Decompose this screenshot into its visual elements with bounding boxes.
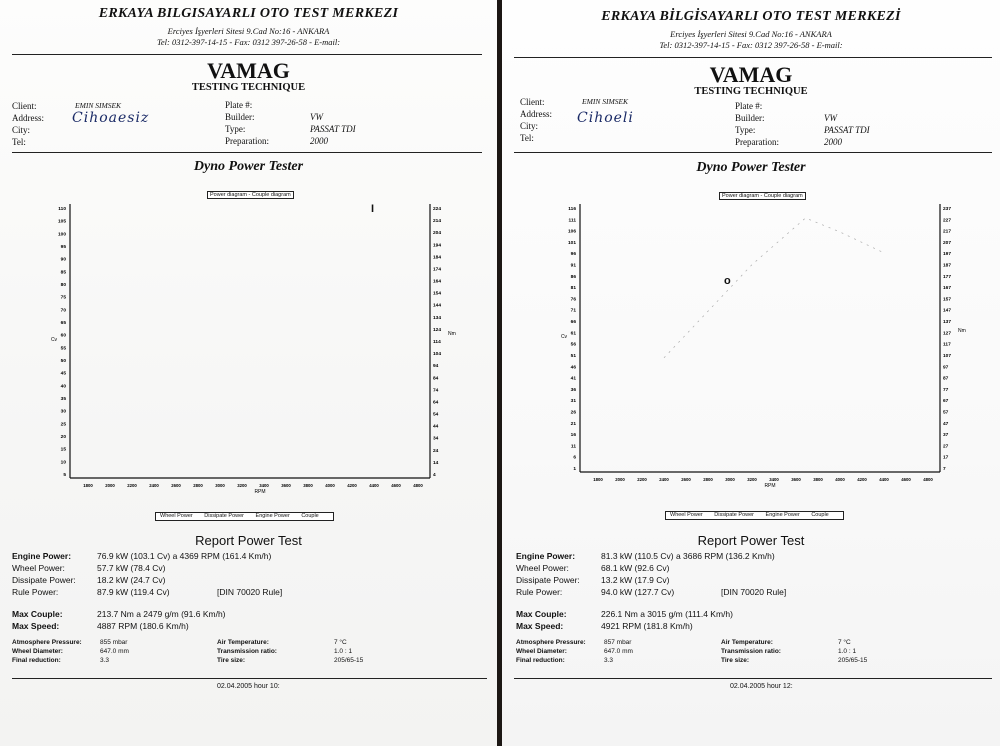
report-label: Dissipate Power: (516, 575, 580, 585)
company-contact: Tel: 0312-397-14-15 - Fax: 0312 397-26-5… (0, 37, 497, 47)
report-value: 4921 RPM (181.8 Km/h) (601, 621, 693, 631)
report-value: 4887 RPM (180.6 Km/h) (97, 621, 189, 631)
svg-text:101: 101 (568, 240, 576, 246)
type-label: Type: (735, 125, 755, 135)
env-value: 205/65-15 (334, 657, 363, 664)
svg-text:91: 91 (571, 263, 577, 269)
svg-text:124: 124 (433, 327, 441, 333)
svg-text:Cv: Cv (51, 337, 58, 343)
svg-text:2200: 2200 (637, 477, 647, 482)
svg-text:84: 84 (433, 375, 439, 381)
svg-text:4000: 4000 (325, 483, 335, 488)
svg-text:4400: 4400 (369, 483, 379, 488)
builder-value: VW (310, 112, 323, 122)
svg-text:80: 80 (61, 282, 67, 288)
svg-text:10: 10 (61, 459, 67, 465)
builder-value: VW (824, 113, 837, 123)
svg-text:46: 46 (571, 364, 577, 370)
svg-text:2400: 2400 (659, 477, 669, 482)
svg-text:54: 54 (433, 412, 439, 418)
svg-text:31: 31 (571, 398, 577, 404)
env-value: 205/65-15 (838, 657, 867, 664)
city-label: City: (12, 125, 30, 135)
report-label: Wheel Power: (12, 563, 65, 573)
svg-text:2600: 2600 (171, 483, 181, 488)
svg-text:4200: 4200 (857, 477, 867, 482)
svg-text:100: 100 (58, 231, 66, 237)
type-value: PASSAT TDI (824, 125, 870, 135)
city-label: City: (520, 121, 538, 131)
svg-text:56: 56 (571, 342, 577, 348)
report-label: Max Couple: (516, 609, 567, 619)
company-address: Erciyes İşyerleri Sitesi 9.Cad No:16 - A… (0, 26, 497, 36)
svg-text:50: 50 (61, 358, 67, 364)
svg-text:106: 106 (568, 229, 576, 235)
svg-text:70: 70 (61, 307, 67, 313)
report-note: [DIN 70020 Rule] (721, 587, 786, 597)
power-couple-chart: 1611162126313641465156616671768186919610… (550, 198, 980, 494)
svg-text:137: 137 (943, 319, 951, 325)
env-value: 647.0 mm (604, 648, 633, 655)
svg-text:90: 90 (61, 257, 67, 263)
company-name: ERKAYA BİLGİSAYARLI OTO TEST MERKEZİ (502, 9, 1000, 25)
svg-text:26: 26 (571, 409, 577, 415)
svg-text:3800: 3800 (813, 477, 823, 482)
legend-wheel-power: Wheel Power (670, 512, 703, 518)
legend-engine-power: Engine Power (766, 512, 800, 518)
legend-wheel-power: Wheel Power (160, 513, 193, 519)
legend-dissipate-power: Dissipate Power (714, 512, 754, 518)
svg-text:34: 34 (433, 436, 439, 442)
svg-text:1: 1 (573, 466, 576, 472)
svg-text:16: 16 (571, 432, 577, 438)
env-label: Tire size: (721, 657, 749, 664)
svg-text:204: 204 (433, 230, 441, 236)
env-value: 647.0 mm (100, 648, 129, 655)
env-label: Transmission ratio: (721, 648, 781, 655)
company-address: Erciyes İşyerleri Sitesi 9.Cad No:16 - A… (502, 29, 1000, 39)
svg-text:87: 87 (943, 376, 949, 382)
svg-text:86: 86 (571, 274, 577, 280)
svg-text:104: 104 (433, 351, 441, 357)
report-value: 68.1 kW (92.6 Cv) (601, 563, 670, 573)
env-label: Atmosphere Pressure: (12, 639, 82, 646)
preparation-label: Preparation: (225, 136, 269, 146)
legend-couple: Couple (301, 513, 318, 519)
report-sheet-right: ERKAYA BİLGİSAYARLI OTO TEST MERKEZİ Erc… (502, 0, 1000, 746)
report-value: 94.0 kW (127.7 Cv) (601, 587, 674, 597)
env-value: 1.0 : 1 (838, 648, 856, 655)
svg-text:3400: 3400 (769, 477, 779, 482)
svg-text:96: 96 (571, 251, 577, 257)
svg-text:94: 94 (433, 363, 439, 369)
address-label: Address: (12, 113, 44, 123)
company-name: ERKAYA BILGISAYARLI OTO TEST MERKEZI (0, 6, 497, 22)
dyno-title: Dyno Power Tester (502, 160, 1000, 176)
report-title: Report Power Test (0, 533, 497, 548)
divider (12, 678, 487, 679)
type-value: PASSAT TDI (310, 124, 356, 134)
svg-text:15: 15 (61, 447, 67, 453)
report-label: Dissipate Power: (12, 575, 76, 585)
svg-text:107: 107 (943, 353, 951, 359)
svg-text:65: 65 (61, 320, 67, 326)
svg-text:6: 6 (573, 455, 576, 461)
address-handwritten: Cihoeli (577, 110, 634, 126)
svg-text:187: 187 (943, 263, 951, 269)
svg-text:60: 60 (61, 333, 67, 339)
svg-text:4200: 4200 (347, 483, 357, 488)
client-name: EMIN SIMSEK (582, 97, 628, 106)
svg-text:194: 194 (433, 242, 441, 248)
svg-text:36: 36 (571, 387, 577, 393)
svg-text:24: 24 (433, 448, 439, 454)
client-label: Client: (520, 97, 545, 107)
svg-text:47: 47 (943, 421, 949, 427)
svg-text:110: 110 (58, 206, 66, 212)
report-value: 76.9 kW (103.1 Cv) a 4369 RPM (161.4 Km/… (97, 551, 271, 561)
svg-text:Nm: Nm (958, 328, 966, 334)
svg-text:174: 174 (433, 266, 441, 272)
divider (514, 57, 992, 58)
svg-text:40: 40 (61, 383, 67, 389)
svg-text:157: 157 (943, 296, 951, 302)
report-label: Wheel Power: (516, 563, 569, 573)
env-label: Air Temperature: (217, 639, 269, 646)
divider (514, 152, 992, 153)
preparation-label: Preparation: (735, 137, 779, 147)
env-value: 855 mbar (100, 639, 127, 646)
svg-text:116: 116 (568, 206, 576, 212)
report-datetime: 02.04.2005 hour 10: (217, 683, 280, 690)
builder-label: Builder: (735, 113, 765, 123)
svg-text:2000: 2000 (615, 477, 625, 482)
report-value: 57.7 kW (78.4 Cv) (97, 563, 166, 573)
brand-subtitle: TESTING TECHNIQUE (0, 82, 497, 93)
svg-text:11: 11 (571, 443, 576, 449)
legend-dissipate-power: Dissipate Power (204, 513, 244, 519)
svg-text:177: 177 (943, 274, 951, 280)
env-label: Transmission ratio: (217, 648, 277, 655)
svg-text:3800: 3800 (303, 483, 313, 488)
svg-text:2400: 2400 (149, 483, 159, 488)
company-contact: Tel: 0312-397-14-15 - Fax: 0312 397-26-5… (502, 40, 1000, 50)
svg-text:7: 7 (943, 466, 946, 472)
svg-text:1800: 1800 (593, 477, 603, 482)
svg-text:77: 77 (943, 387, 949, 393)
svg-text:14: 14 (433, 460, 439, 466)
brand-title: VAMAG (0, 58, 497, 84)
svg-text:81: 81 (571, 285, 577, 291)
address-label: Address: (520, 109, 552, 119)
divider (514, 678, 992, 679)
svg-text:76: 76 (571, 296, 577, 302)
svg-text:207: 207 (943, 240, 951, 246)
svg-text:RPM: RPM (764, 483, 775, 489)
svg-text:164: 164 (433, 279, 441, 285)
svg-text:35: 35 (61, 396, 67, 402)
svg-text:3400: 3400 (259, 483, 269, 488)
svg-text:2800: 2800 (193, 483, 203, 488)
brand-title: VAMAG (502, 62, 1000, 88)
svg-text:4600: 4600 (391, 483, 401, 488)
svg-text:75: 75 (61, 295, 67, 301)
svg-text:197: 197 (943, 251, 951, 257)
svg-text:105: 105 (58, 219, 66, 225)
tel-label: Tel: (12, 137, 26, 147)
svg-text:3000: 3000 (215, 483, 225, 488)
svg-text:Nm: Nm (448, 331, 456, 337)
svg-text:3200: 3200 (237, 483, 247, 488)
svg-text:4000: 4000 (835, 477, 845, 482)
svg-text:237: 237 (943, 206, 951, 212)
svg-text:154: 154 (433, 291, 441, 297)
address-handwritten: Cihoaesiz (72, 110, 149, 126)
svg-text:4400: 4400 (879, 477, 889, 482)
svg-text:51: 51 (571, 353, 577, 359)
plate-label: Plate #: (225, 100, 252, 110)
report-value: 213.7 Nm a 2479 g/m (91.6 Km/h) (97, 609, 226, 619)
preparation-value: 2000 (824, 137, 842, 147)
dyno-title: Dyno Power Tester (0, 159, 497, 175)
report-label: Rule Power: (12, 587, 58, 597)
svg-text:214: 214 (433, 218, 441, 224)
svg-text:17: 17 (943, 455, 949, 461)
svg-text:57: 57 (943, 409, 949, 415)
type-label: Type: (225, 124, 245, 134)
svg-text:184: 184 (433, 254, 441, 260)
svg-text:RPM: RPM (254, 489, 265, 495)
svg-text:3000: 3000 (725, 477, 735, 482)
svg-text:Cv: Cv (561, 334, 568, 340)
svg-text:127: 127 (943, 330, 951, 336)
svg-text:44: 44 (433, 424, 439, 430)
svg-text:227: 227 (943, 217, 951, 223)
svg-text:117: 117 (943, 342, 951, 348)
builder-label: Builder: (225, 112, 255, 122)
svg-text:2200: 2200 (127, 483, 137, 488)
svg-text:3600: 3600 (281, 483, 291, 488)
svg-text:111: 111 (569, 217, 577, 223)
svg-text:64: 64 (433, 399, 439, 405)
svg-text:2000: 2000 (105, 483, 115, 488)
svg-text:224: 224 (433, 206, 441, 212)
env-label: Atmosphere Pressure: (516, 639, 586, 646)
svg-text:27: 27 (943, 443, 949, 449)
svg-text:2800: 2800 (703, 477, 713, 482)
report-label: Max Couple: (12, 609, 63, 619)
env-label: Final reduction: (516, 657, 565, 664)
divider (12, 54, 482, 55)
legend-engine-power: Engine Power (256, 513, 290, 519)
env-label: Wheel Diameter: (516, 648, 567, 655)
svg-text:95: 95 (61, 244, 67, 250)
svg-text:4: 4 (433, 472, 436, 478)
svg-text:85: 85 (61, 269, 67, 275)
report-value: 87.9 kW (119.4 Cv) (97, 587, 170, 597)
env-label: Air Temperature: (721, 639, 773, 646)
power-couple-chart: 5101520253035404550556065707580859095100… (40, 198, 470, 500)
svg-text:71: 71 (571, 308, 577, 314)
env-value: 7 °C (838, 639, 851, 646)
report-value: 13.2 kW (17.9 Cv) (601, 575, 670, 585)
svg-text:144: 144 (433, 303, 441, 309)
chart-legend: Wheel Power Dissipate Power Engine Power… (665, 511, 844, 520)
svg-text:66: 66 (571, 319, 577, 325)
svg-text:30: 30 (61, 409, 67, 415)
plate-label: Plate #: (735, 101, 762, 111)
report-sheet-left: ERKAYA BILGISAYARLI OTO TEST MERKEZI Erc… (0, 0, 497, 746)
svg-text:217: 217 (943, 229, 951, 235)
svg-text:41: 41 (571, 376, 577, 382)
svg-text:2600: 2600 (681, 477, 691, 482)
env-label: Final reduction: (12, 657, 61, 664)
svg-text:3200: 3200 (747, 477, 757, 482)
preparation-value: 2000 (310, 136, 328, 146)
report-label: Engine Power: (12, 551, 71, 561)
brand-subtitle: TESTING TECHNIQUE (502, 86, 1000, 97)
svg-text:37: 37 (943, 432, 949, 438)
env-label: Tire size: (217, 657, 245, 664)
env-value: 1.0 : 1 (334, 648, 352, 655)
svg-text:45: 45 (61, 371, 67, 377)
legend-couple: Couple (811, 512, 828, 518)
divider (12, 152, 482, 153)
report-value: 18.2 kW (24.7 Cv) (97, 575, 166, 585)
svg-text:167: 167 (943, 285, 951, 291)
svg-text:61: 61 (571, 330, 577, 336)
svg-text:97: 97 (943, 364, 949, 370)
report-title: Report Power Test (502, 533, 1000, 548)
report-value: 81.3 kW (110.5 Cv) a 3686 RPM (136.2 Km/… (601, 551, 775, 561)
report-label: Rule Power: (516, 587, 562, 597)
svg-text:55: 55 (61, 345, 67, 351)
svg-text:4800: 4800 (413, 483, 423, 488)
env-label: Wheel Diameter: (12, 648, 63, 655)
client-name: EMIN SIMSEK (75, 101, 121, 110)
env-value: 3.3 (604, 657, 613, 664)
svg-text:3600: 3600 (791, 477, 801, 482)
svg-text:4800: 4800 (923, 477, 933, 482)
report-label: Max Speed: (516, 621, 563, 631)
svg-text:5: 5 (63, 472, 66, 478)
svg-text:20: 20 (61, 434, 67, 440)
chart-legend: Wheel Power Dissipate Power Engine Power… (155, 512, 334, 521)
svg-text:21: 21 (571, 421, 577, 427)
tel-label: Tel: (520, 133, 534, 143)
svg-text:114: 114 (433, 339, 441, 345)
report-label: Engine Power: (516, 551, 575, 561)
report-datetime: 02.04.2005 hour 12: (730, 683, 793, 690)
svg-text:1800: 1800 (83, 483, 93, 488)
env-value: 7 °C (334, 639, 347, 646)
report-note: [DIN 70020 Rule] (217, 587, 282, 597)
svg-text:4600: 4600 (901, 477, 911, 482)
svg-text:147: 147 (943, 308, 951, 314)
report-value: 226.1 Nm a 3015 g/m (111.4 Km/h) (601, 609, 733, 619)
svg-text:67: 67 (943, 398, 949, 404)
svg-text:74: 74 (433, 387, 439, 393)
env-value: 857 mbar (604, 639, 631, 646)
svg-text:134: 134 (433, 315, 441, 321)
svg-text:25: 25 (61, 421, 67, 427)
report-label: Max Speed: (12, 621, 59, 631)
env-value: 3.3 (100, 657, 109, 664)
client-label: Client: (12, 101, 37, 111)
